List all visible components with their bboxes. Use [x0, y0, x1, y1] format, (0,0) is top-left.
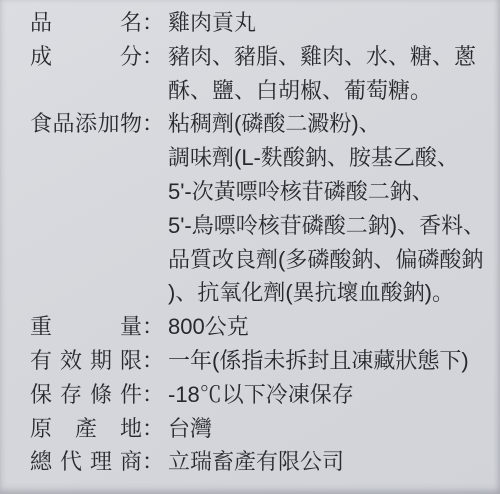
value-line: 一年(係指未拆封且凍藏狀態下) — [168, 344, 492, 378]
value-line: 酥、鹽、白胡椒、葡萄糖。 — [168, 74, 492, 108]
field-value-product-name: 雞肉貢丸 — [168, 6, 492, 40]
field-row-distributor: 總代理商 ： 立瑞畜產有限公司 — [30, 445, 492, 479]
field-colon: ： — [142, 378, 168, 412]
value-line: 豬肉、豬脂、雞肉、水、糖、蔥 — [168, 40, 492, 74]
field-value-shelf-life: 一年(係指未拆封且凍藏狀態下) — [168, 344, 492, 378]
value-line: 台灣 — [168, 412, 492, 446]
value-line: )、抗氧化劑(異抗壞血酸鈉)。 — [168, 276, 492, 310]
field-row-ingredients: 成分 ： 豬肉、豬脂、雞肉、水、糖、蔥 酥、鹽、白胡椒、葡萄糖。 — [30, 40, 492, 108]
field-row-weight: 重量 ： 800公克 — [30, 310, 492, 344]
field-label-additives: 食品添加物 — [30, 107, 142, 141]
field-colon: ： — [142, 107, 168, 141]
field-colon: ： — [142, 40, 168, 74]
field-value-ingredients: 豬肉、豬脂、雞肉、水、糖、蔥 酥、鹽、白胡椒、葡萄糖。 — [168, 40, 492, 108]
value-line: 5'-次黃嘌呤核苷磷酸二鈉、 — [168, 175, 492, 209]
field-row-additives: 食品添加物 ： 粘稠劑(磷酸二澱粉)、 調味劑(L-麩酸鈉、胺基乙酸、 5'-次… — [30, 107, 492, 310]
value-line: 雞肉貢丸 — [168, 6, 492, 40]
field-row-origin: 原產地 ： 台灣 — [30, 412, 492, 446]
field-label-storage-condition: 保存條件 — [30, 378, 142, 412]
field-label-origin: 原產地 — [30, 412, 142, 446]
value-line: 調味劑(L-麩酸鈉、胺基乙酸、 — [168, 141, 492, 175]
field-value-additives: 粘稠劑(磷酸二澱粉)、 調味劑(L-麩酸鈉、胺基乙酸、 5'-次黃嘌呤核苷磷酸二… — [168, 107, 492, 310]
value-line: -18℃以下冷凍保存 — [168, 378, 492, 412]
field-value-origin: 台灣 — [168, 412, 492, 446]
field-row-shelf-life: 有效期限 ： 一年(係指未拆封且凍藏狀態下) — [30, 344, 492, 378]
field-label-shelf-life: 有效期限 — [30, 344, 142, 378]
field-colon: ： — [142, 412, 168, 446]
field-label-distributor: 總代理商 — [30, 445, 142, 479]
field-label-weight: 重量 — [30, 310, 142, 344]
field-label-ingredients: 成分 — [30, 40, 142, 74]
value-line: 立瑞畜產有限公司 — [168, 445, 492, 479]
value-line: 5'-鳥嘌呤核苷磷酸二鈉)、香料、 — [168, 209, 492, 243]
field-row-product-name: 品名 ： 雞肉貢丸 — [30, 6, 492, 40]
field-colon: ： — [142, 310, 168, 344]
value-line: 粘稠劑(磷酸二澱粉)、 — [168, 107, 492, 141]
field-label-product-name: 品名 — [30, 6, 142, 40]
value-line: 品質改良劑(多磷酸鈉、偏磷酸鈉 — [168, 243, 492, 277]
product-info-label: 品名 ： 雞肉貢丸 成分 ： 豬肉、豬脂、雞肉、水、糖、蔥 酥、鹽、白胡椒、葡萄… — [0, 0, 500, 494]
field-colon: ： — [142, 445, 168, 479]
field-value-distributor: 立瑞畜產有限公司 — [168, 445, 492, 479]
value-line: 800公克 — [168, 310, 492, 344]
field-row-storage-condition: 保存條件 ： -18℃以下冷凍保存 — [30, 378, 492, 412]
field-colon: ： — [142, 344, 168, 378]
field-value-storage-condition: -18℃以下冷凍保存 — [168, 378, 492, 412]
field-value-weight: 800公克 — [168, 310, 492, 344]
field-colon: ： — [142, 6, 168, 40]
